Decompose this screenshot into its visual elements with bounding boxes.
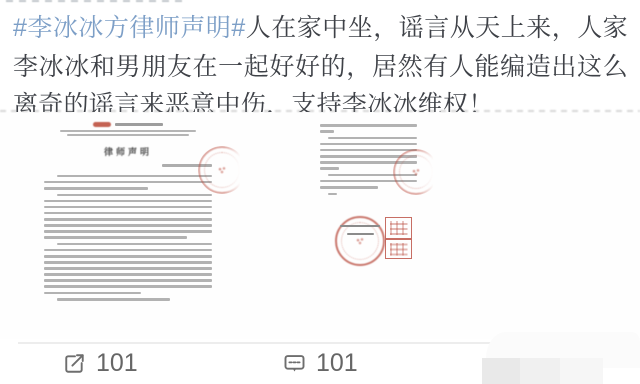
- lawyer-square-seal-icon: [385, 217, 412, 239]
- text-line: [44, 273, 212, 276]
- repost-icon: [63, 352, 86, 375]
- date-line: [347, 233, 374, 235]
- text-line: [320, 143, 417, 146]
- photo-top-edge: [0, 110, 640, 112]
- paragraph: [44, 298, 212, 301]
- text-line: [44, 261, 212, 264]
- watermark-blur: [520, 358, 560, 384]
- text-line: [44, 187, 148, 190]
- paragraph: [44, 194, 212, 239]
- letterhead: [44, 122, 212, 127]
- text-line: [44, 285, 212, 288]
- text-line: [44, 292, 141, 295]
- text-line: [57, 243, 212, 246]
- watermark-blur: [560, 358, 603, 384]
- text-line: [44, 212, 212, 215]
- text-line: [320, 130, 334, 133]
- text-line: [320, 149, 417, 152]
- law-firm-seal-icon: [198, 146, 246, 194]
- text-line: [44, 249, 212, 252]
- signature-line: [340, 225, 380, 227]
- text-line: [44, 206, 212, 209]
- law-firm-seal-icon: [393, 149, 439, 195]
- text-line: [320, 124, 417, 127]
- law-firm-seal-icon: [335, 216, 385, 266]
- text-line: [44, 236, 187, 239]
- paragraph: [44, 175, 212, 190]
- law-firm-logo: [93, 122, 111, 127]
- text-line: [44, 267, 212, 270]
- repost-count: 101: [96, 349, 138, 377]
- text-line: [320, 167, 339, 170]
- comment-button[interactable]: 101: [283, 349, 358, 377]
- paragraph: [44, 243, 212, 294]
- lawyer-square-seal-icon: [385, 239, 412, 259]
- text-line: [57, 194, 212, 197]
- text-line: [44, 218, 212, 221]
- text-line: [44, 279, 212, 282]
- post-text: #李冰冰方律师声明#人在家中坐，谣言从天上来，人家李冰冰和男朋友在一起好好的，居…: [13, 9, 628, 125]
- document-text: [44, 175, 212, 301]
- comment-count: 101: [316, 349, 358, 377]
- repost-button[interactable]: 101: [63, 349, 138, 377]
- letterhead-address-line: [67, 134, 189, 136]
- letterhead-address-line: [60, 130, 196, 132]
- text-line: [44, 255, 212, 258]
- comment-icon: [283, 352, 306, 375]
- document-title: 律师声明: [44, 145, 212, 158]
- text-line: [320, 186, 378, 189]
- paragraph: [320, 193, 417, 196]
- text-line: [44, 200, 212, 203]
- text-line: [44, 224, 212, 227]
- text-line: [328, 193, 338, 196]
- paragraph: [320, 124, 417, 133]
- text-line: [57, 175, 212, 178]
- attached-image[interactable]: 律师声明: [0, 112, 640, 339]
- text-line: [44, 181, 212, 184]
- text-line: [328, 137, 417, 140]
- law-firm-name-line: [115, 123, 163, 126]
- text-line: [44, 230, 212, 233]
- cropped-text-remnant: [6, 0, 188, 2]
- weibo-post: #李冰冰方律师声明#人在家中坐，谣言从天上来，人家李冰冰和男朋友在一起好好的，居…: [0, 0, 640, 384]
- hashtag-link[interactable]: #李冰冰方律师声明#: [13, 14, 246, 42]
- document-page-left: 律师声明: [44, 118, 212, 305]
- watermark-blur: [482, 358, 520, 384]
- text-line: [57, 298, 170, 301]
